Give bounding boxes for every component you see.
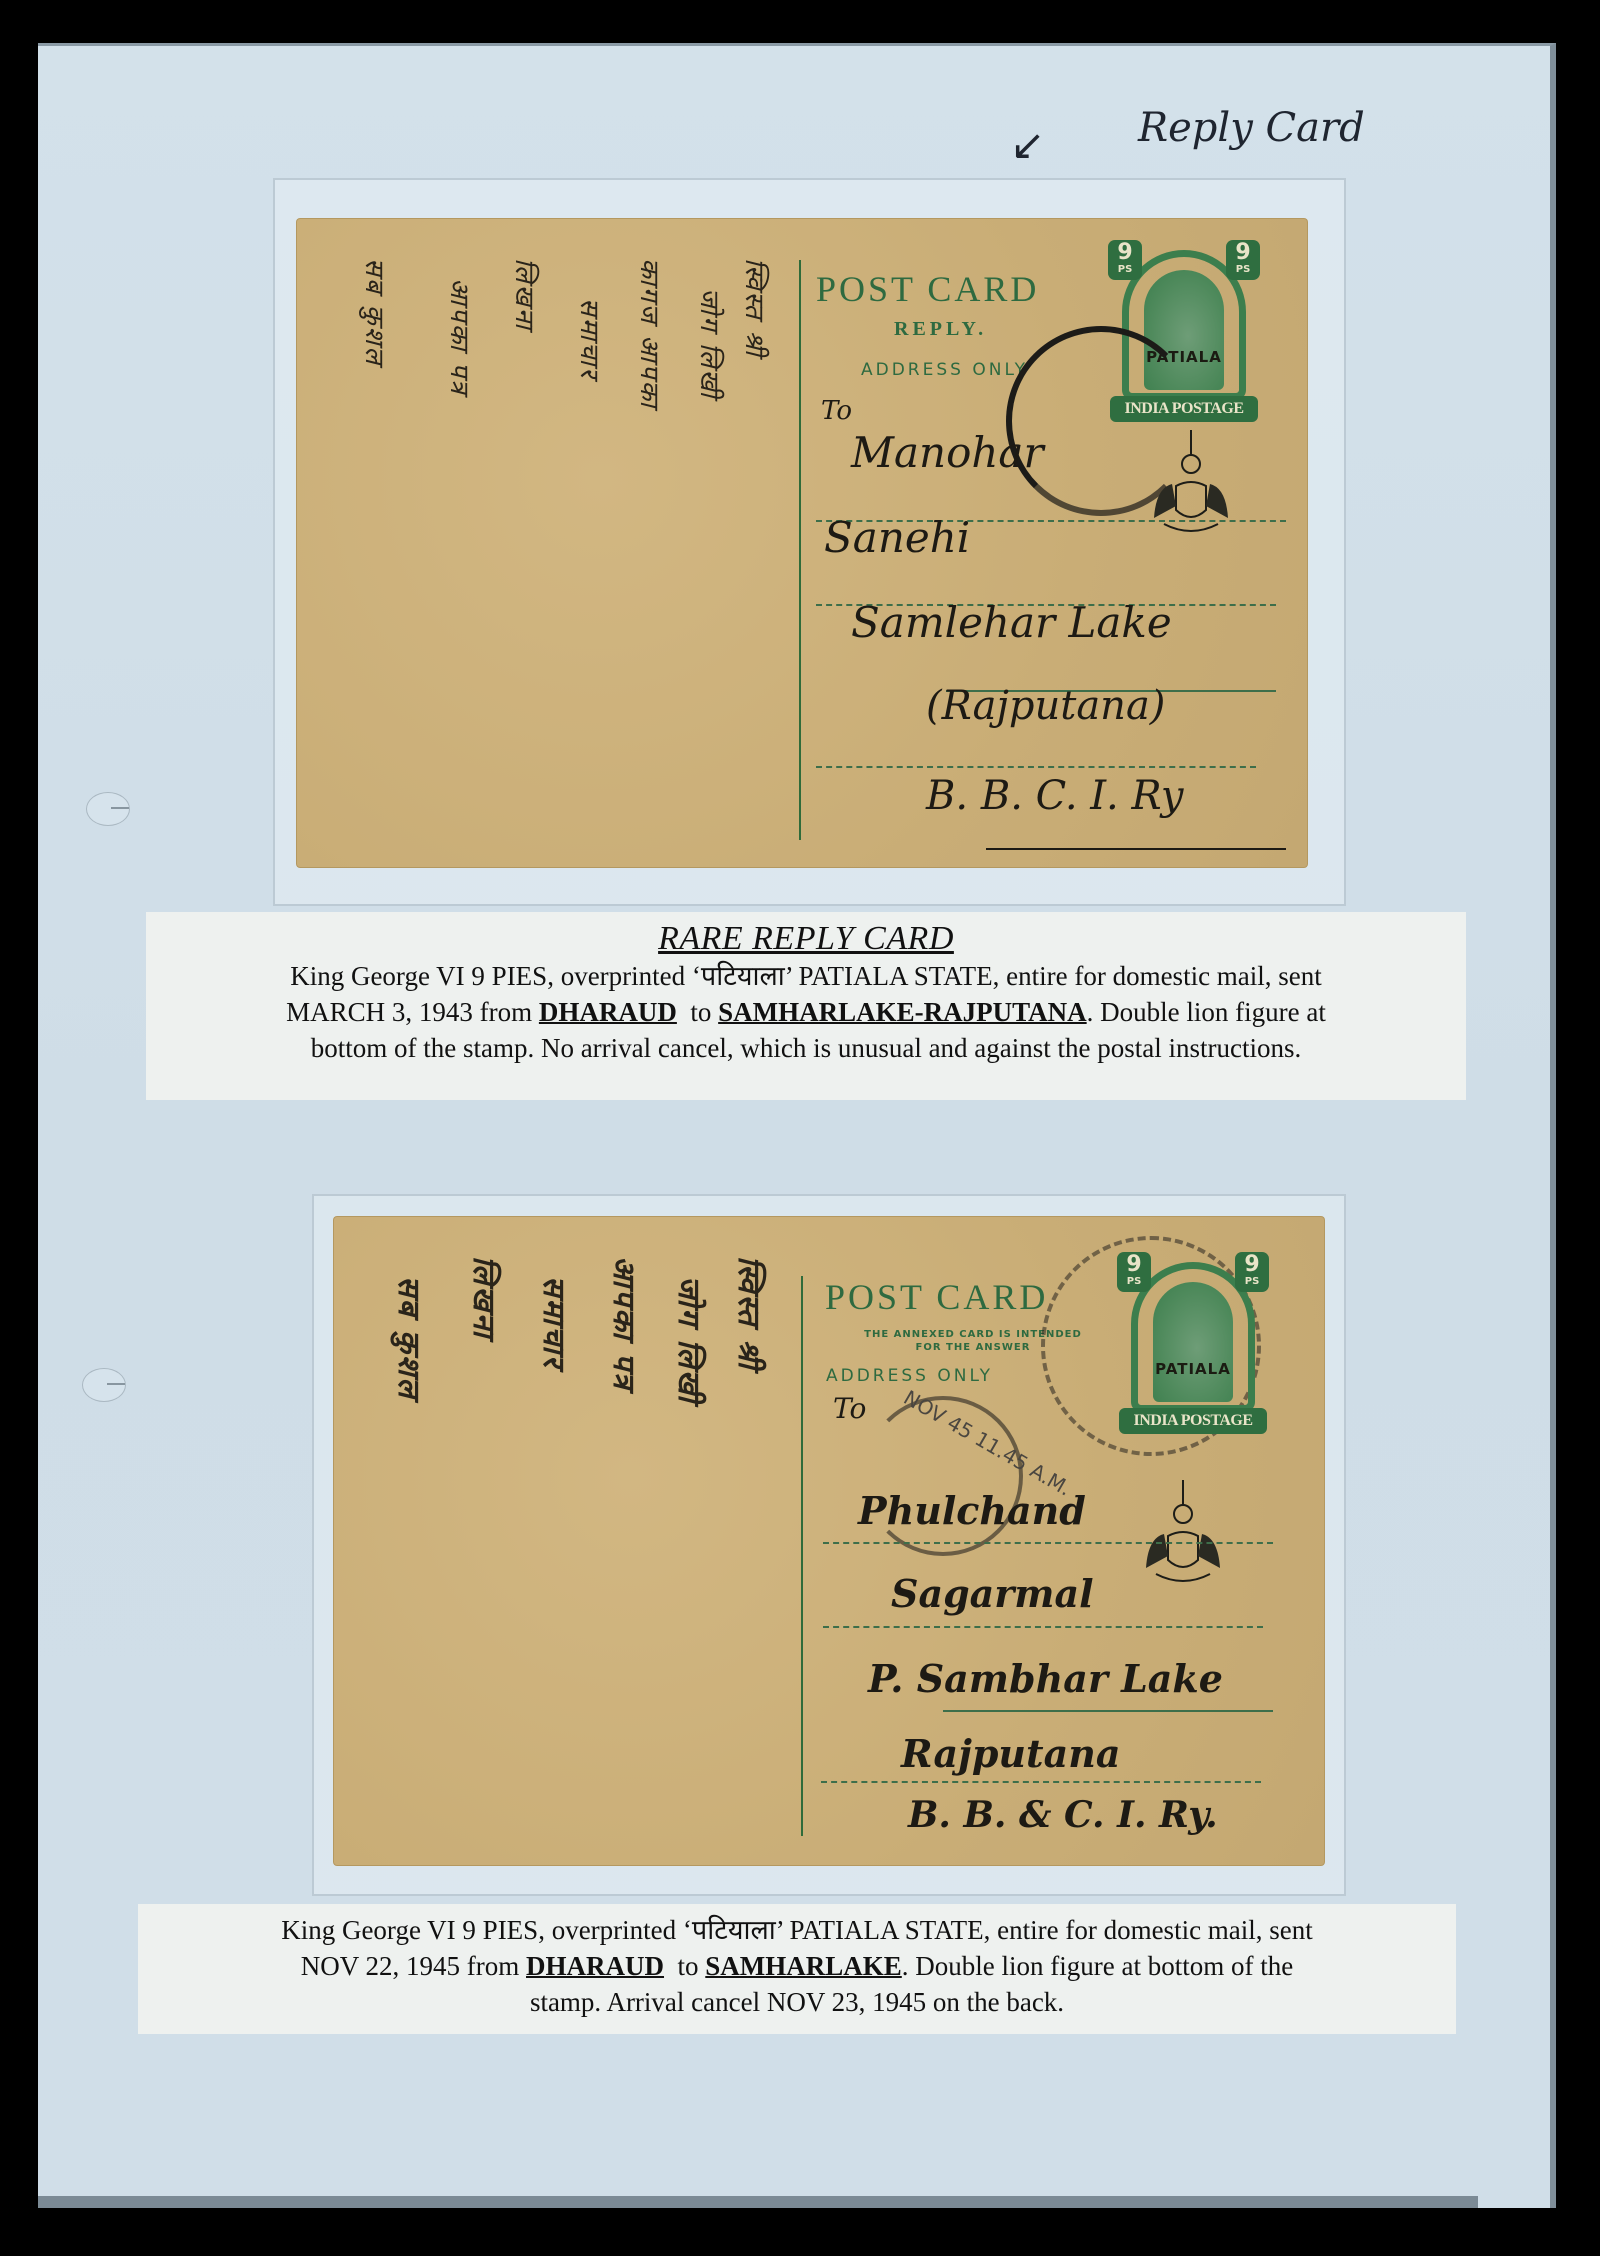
address-town: Samlehar Lake — [851, 598, 1172, 647]
message-line: जोग लिखी — [668, 1276, 709, 1404]
message-line: समाचार — [533, 1276, 574, 1369]
message-line: आपका पत्र — [441, 278, 477, 395]
address-only-label: ADDRESS ONLY — [826, 1366, 993, 1386]
king-portrait-icon — [1153, 1282, 1233, 1402]
address-line — [823, 1626, 1263, 1628]
caption-line: bottom of the stamp. No arrival cancel, … — [146, 1030, 1466, 1066]
message-line: लिखना — [506, 258, 542, 331]
caption-line: MARCH 3, 1943 from DHARAUD to SAMHARLAKE… — [146, 994, 1466, 1030]
punch-hole-icon — [86, 792, 130, 826]
handwritten-note: Reply Card — [1138, 105, 1365, 151]
address-to: To — [833, 1392, 866, 1425]
stamp-banner: INDIA POSTAGE — [1119, 1408, 1267, 1434]
address-line — [821, 1781, 1261, 1783]
card-divider — [799, 260, 801, 840]
postcard-title: POST CARD — [825, 1276, 1048, 1318]
caption-line: King George VI 9 PIES, overprinted ‘पटिय… — [138, 1912, 1456, 1948]
message-line: कागज आपका — [631, 258, 667, 409]
destination-town: SAMHARLAKE — [705, 1951, 902, 1981]
double-lion-crest-icon — [1138, 1478, 1228, 1588]
address-region: Rajputana — [901, 1731, 1120, 1776]
stamp-value: 9PS — [1235, 1252, 1269, 1292]
caption-line: NOV 22, 1945 from DHARAUD to SAMHARLAKE.… — [138, 1948, 1456, 1984]
stamp-value: 9PS — [1108, 240, 1142, 280]
message-line: जोग लिखी — [691, 288, 727, 399]
page-edge — [38, 2196, 1478, 2208]
stamp-overprint: PATIALA — [1143, 1360, 1243, 1378]
postcard-2[interactable]: स्विस्त श्री जोग लिखी आपका पत्र समाचार ल… — [333, 1216, 1325, 1866]
origin-town: DHARAUD — [526, 1951, 664, 1981]
message-line: सब कुशल — [388, 1276, 429, 1400]
address-line — [823, 1542, 1273, 1544]
message-line: स्विस्त श्री — [728, 1256, 769, 1370]
address-name: Phulchand — [858, 1488, 1086, 1533]
stamp-value: 9PS — [1226, 240, 1260, 280]
origin-town: DHARAUD — [539, 997, 677, 1027]
address-line — [943, 1710, 1273, 1712]
caption-line: stamp. Arrival cancel NOV 23, 1945 on th… — [138, 1984, 1456, 2020]
message-line: स्विस्त श्री — [736, 258, 772, 358]
address-line-2: Sagarmal — [891, 1571, 1094, 1616]
underline — [986, 848, 1286, 850]
arrow-down-left-icon: ↙ — [1010, 120, 1045, 169]
address-region: (Rajputana) — [926, 683, 1165, 729]
address-line — [816, 766, 1256, 768]
message-line: आपका पत्र — [603, 1256, 644, 1391]
punch-hole-icon — [82, 1368, 126, 1402]
address-town: P. Sambhar Lake — [868, 1656, 1223, 1701]
message-line: समाचार — [571, 298, 607, 380]
address-only-label: ADDRESS ONLY — [861, 360, 1028, 380]
caption-box: RARE REPLY CARD King George VI 9 PIES, o… — [146, 912, 1466, 1100]
postcard-title: POST CARD — [816, 268, 1039, 310]
caption-line: King George VI 9 PIES, overprinted ‘पटिय… — [146, 958, 1466, 994]
message-line: सब कुशल — [356, 258, 392, 366]
caption-title: RARE REPLY CARD — [658, 920, 954, 958]
caption-box: King George VI 9 PIES, overprinted ‘पटिय… — [138, 1904, 1456, 2034]
address-railway: B. B. & C. I. Ry. — [908, 1794, 1218, 1836]
stamp: 9PS 9PS PATIALA INDIA POSTAGE — [1113, 1252, 1273, 1442]
message-line: लिखना — [463, 1256, 504, 1339]
address-to: To — [821, 396, 852, 426]
address-line-2: Sanehi — [824, 513, 970, 562]
destination-town: SAMHARLAKE-RAJPUTANA — [718, 997, 1087, 1027]
postcard-subtitle: REPLY. — [894, 318, 987, 341]
stamp-value: 9PS — [1117, 1252, 1151, 1292]
postcard-1[interactable]: स्विस्त श्री जोग लिखी कागज आपका समाचार ल… — [296, 218, 1308, 868]
address-name: Manohar — [851, 428, 1044, 477]
card-divider — [801, 1276, 803, 1836]
address-railway: B. B. C. I. Ry — [926, 773, 1184, 819]
